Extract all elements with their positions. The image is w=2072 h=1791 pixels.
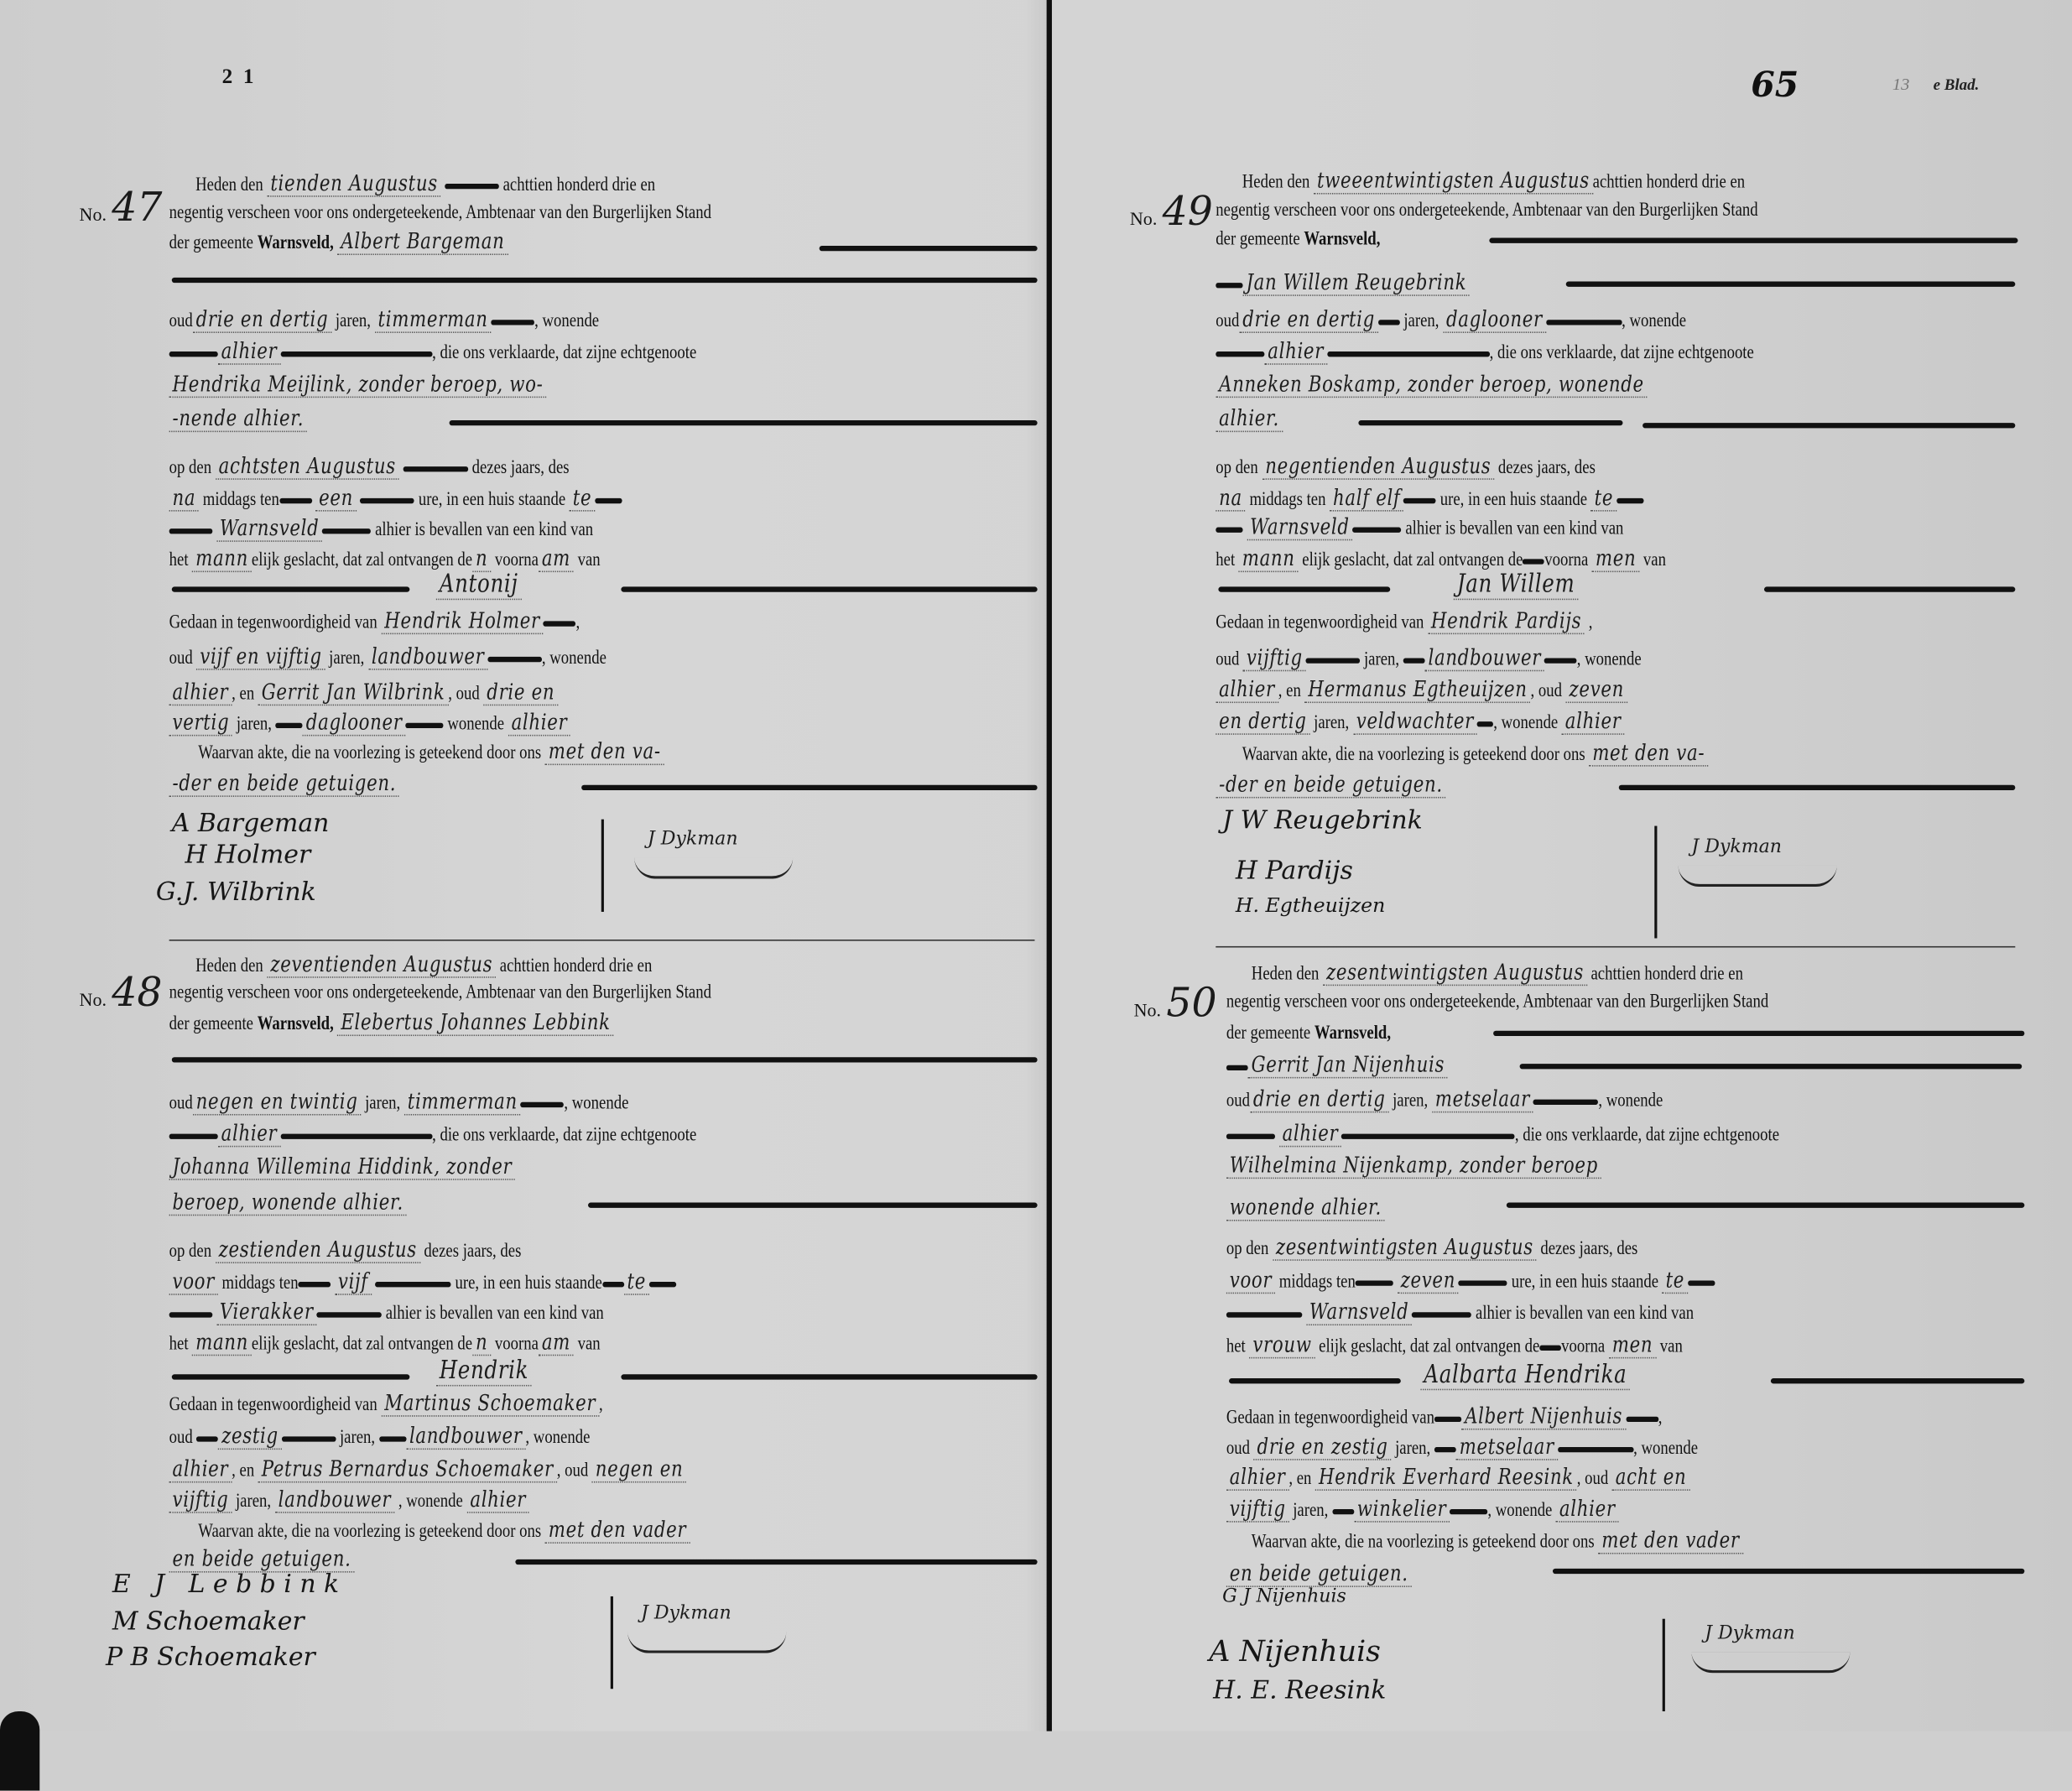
- filler-dash: [1539, 1345, 1561, 1350]
- printed-text: oud: [1226, 1091, 1250, 1112]
- filler-dash: [1403, 497, 1436, 502]
- line-waarvan: Waarvan akte, die na voorlezing is getee…: [1242, 742, 1708, 767]
- handwritten-entry: een: [315, 485, 357, 512]
- sheet-label: e Blad.: [1934, 75, 1980, 96]
- handwritten-entry: alhier: [1226, 1464, 1288, 1491]
- handwritten-entry: alhier.: [1216, 406, 1283, 433]
- line-witness1: Gedaan in tegenwoordigheid van Martinus …: [169, 1392, 603, 1417]
- handwritten-entry: Albert Nijenhuis: [1461, 1403, 1626, 1430]
- handwritten-entry: am: [539, 546, 574, 573]
- signature-witness-2: H. E. Reesink: [1213, 1675, 1386, 1705]
- printed-text: , wonende: [564, 1093, 628, 1114]
- handwritten-entry: voor: [1226, 1268, 1275, 1294]
- filler-rule: [172, 586, 410, 591]
- filler-rule: [581, 785, 1037, 790]
- signature-witness-1: H Holmer: [185, 841, 311, 870]
- printed-text: middags ten: [1279, 1271, 1356, 1292]
- signature-divider: [1654, 826, 1657, 939]
- handwritten-entry: zesentwintigsten Augustus: [1323, 960, 1587, 987]
- handwritten-entry: veldwachter: [1353, 708, 1477, 735]
- handwritten-entry: Jan Willem Reugebrink: [1243, 269, 1471, 296]
- filler-dash: [1688, 1280, 1715, 1285]
- printed-text: dezes jaars, des: [1498, 457, 1596, 478]
- filler-rule: [1771, 1378, 2024, 1383]
- line-time: voor middags ten vijf ure, in een huis s…: [169, 1270, 677, 1295]
- printed-text: , en: [232, 683, 254, 704]
- filler-dash: [1332, 1508, 1354, 1513]
- filler-rule: [1520, 1064, 2023, 1069]
- line-sex: het vrouw elijk geslacht, dat zal ontvan…: [1226, 1333, 1683, 1358]
- handwritten-entry: Jan Willem: [1454, 570, 1578, 600]
- printed-text: alhier is bevallen van een kind van: [375, 519, 593, 540]
- printed-text: achttien honderd drie en: [1593, 172, 1746, 193]
- printed-text: , en: [1288, 1468, 1311, 1489]
- line-place: Warnsveld alhier is bevallen van een kin…: [1226, 1300, 1694, 1325]
- filler-dash: [1226, 1312, 1302, 1317]
- printed-text: jaren,: [1395, 1438, 1430, 1459]
- handwritten-entry: Antonij: [436, 570, 522, 600]
- handwritten-entry: negen en: [592, 1456, 686, 1483]
- printed-text: , die ons verklaarde, dat zijne echtgeno…: [432, 1125, 696, 1146]
- printed-text: oud: [169, 1427, 193, 1448]
- handwritten-entry: met den va-: [1589, 740, 1708, 767]
- printed-text: negentig verscheen voor ons ondergeteeke…: [169, 981, 711, 1002]
- handwritten-entry: drie en dertig: [1239, 306, 1377, 333]
- printed-text: der gemeente: [169, 1013, 253, 1034]
- filler-dash: [491, 320, 534, 325]
- line-residence: alhier, die ons verklaarde, dat zijne ec…: [169, 340, 697, 365]
- handwritten-entry: zesentwintigsten Augustus: [1273, 1234, 1537, 1261]
- signature-divider: [611, 1596, 613, 1689]
- signature-official: J Dykman: [1691, 836, 1782, 857]
- signature-father: A Bargeman: [172, 809, 330, 838]
- filler-dash: [649, 1282, 676, 1287]
- line-time: na middags ten een ure, in een huis staa…: [169, 487, 622, 512]
- line-waarvan: Waarvan akte, die na voorlezing is getee…: [198, 1518, 690, 1544]
- line-witness2-age: vertig jaren, daglooner wonende alhier: [169, 711, 571, 737]
- handwritten-entry: Albert Bargeman: [337, 229, 508, 256]
- handwritten-entry: landbouwer: [406, 1424, 525, 1450]
- handwritten-entry: landbouwer: [368, 643, 487, 670]
- handwritten-entry: Hendrik Holmer: [381, 608, 543, 635]
- printed-text: voorna: [1561, 1336, 1605, 1357]
- printed-text: alhier is bevallen van een kind van: [1405, 518, 1623, 539]
- printed-text: jaren,: [236, 1491, 271, 1512]
- filler-dash: [595, 497, 622, 502]
- printed-text: , wonende: [525, 1427, 590, 1448]
- printed-text: alhier is bevallen van een kind van: [1476, 1303, 1694, 1324]
- line-residence: alhier, die ons verklaarde, dat zijne ec…: [1226, 1122, 1779, 1147]
- handwritten-entry: Anneken Boskamp, zonder beroep, wonende: [1216, 372, 1647, 398]
- spine-shadow: [1024, 0, 1048, 1731]
- printed-text: van: [1643, 549, 1666, 570]
- line-sex: het mannelijk geslacht, dat zal ontvange…: [169, 547, 601, 572]
- filler-rule: [621, 586, 1037, 591]
- printed-text: het: [169, 1333, 189, 1354]
- line-witness1-age: oud vijftig jaren, landbouwer, wonende: [1216, 646, 1641, 671]
- handwritten-entry: n: [472, 546, 491, 573]
- printed-text: jaren,: [365, 1093, 400, 1114]
- line-place: Warnsveld alhier is bevallen van een kin…: [169, 517, 594, 542]
- printed-text: , die ons verklaarde, dat zijne echtgeno…: [1490, 342, 1754, 363]
- filler-dash: [1216, 527, 1242, 532]
- filler-rule: [588, 1203, 1038, 1208]
- filler-dash: [169, 1133, 218, 1138]
- handwritten-entry: -der en beide getuigen.: [1216, 772, 1445, 799]
- handwritten-entry: Hendrik: [436, 1356, 532, 1386]
- line-place: Warnsveld alhier is bevallen van een kin…: [1216, 515, 1623, 540]
- line-wife: Hendrika Meijlink, zonder beroep, wo-: [169, 372, 547, 398]
- handwritten-entry: alhier: [169, 679, 232, 706]
- handwritten-entry: drie en dertig: [193, 306, 331, 333]
- signature-father: G J Nijenhuis: [1222, 1585, 1346, 1606]
- printed-text: der gemeente: [169, 232, 253, 253]
- line-negentig: negentig verscheen voor ons ondergeteeke…: [169, 981, 711, 1004]
- line-signed-with: -der en beide getuigen.: [169, 772, 399, 797]
- handwritten-entry: zeven: [1398, 1268, 1459, 1294]
- filler-dash: [521, 1101, 565, 1106]
- handwritten-entry: na: [1216, 485, 1245, 512]
- handwritten-entry: timmerman: [404, 1089, 521, 1116]
- line-witness1: Gedaan in tegenwoordigheid vanAlbert Nij…: [1226, 1405, 1663, 1430]
- filler-dash: [169, 351, 218, 357]
- handwritten-entry: alhier: [169, 1456, 232, 1483]
- printed-text: oud: [1216, 648, 1239, 669]
- line-heden: Heden den zesentwintigsten Augustus acht…: [1252, 961, 1743, 986]
- printed-text: oud: [169, 1093, 193, 1114]
- signature-witness-2: H. Egtheuijzen: [1236, 893, 1385, 917]
- filler-dash: [1356, 1280, 1393, 1285]
- filler-dash: [544, 621, 576, 626]
- filler-dash: [403, 466, 468, 471]
- line-age: ouddrie en dertig jaren, metselaar, wone…: [1226, 1087, 1663, 1112]
- printed-text: , wonende: [534, 310, 599, 331]
- printed-text: oud: [1226, 1438, 1250, 1459]
- printed-text: , wonende: [1633, 1438, 1698, 1459]
- handwritten-entry: en beide getuigen.: [1226, 1560, 1412, 1587]
- printed-text: dezes jaars, des: [472, 457, 570, 478]
- line-declarant: der gemeente Warnsveld,: [1226, 1022, 1391, 1045]
- printed-text: Warnsveld,: [258, 1013, 334, 1034]
- filler-dash: [1378, 320, 1400, 325]
- printed-text: op den: [169, 1241, 211, 1262]
- line-declarant-name: Gerrit Jan Nijenhuis: [1226, 1054, 1448, 1079]
- line-age: ouddrie en dertig jaren, daglooner, wone…: [1216, 308, 1686, 333]
- filler-rule: [515, 1559, 1037, 1565]
- handwritten-entry: vijf en vijftig: [196, 643, 325, 670]
- handwritten-entry: Johanna Willemina Hiddink, zonder: [169, 1153, 516, 1180]
- record-number: No.49: [1130, 189, 1213, 235]
- printed-text: het: [169, 549, 189, 570]
- child-name: Hendrik: [436, 1358, 532, 1385]
- filler-rule: [1553, 1569, 2024, 1574]
- handwritten-entry: tweeentwintigsten Augustus: [1314, 168, 1593, 195]
- filler-rule: [1358, 420, 1622, 425]
- filler-dash: [1403, 658, 1425, 663]
- handwritten-entry: mann: [192, 1330, 252, 1356]
- printed-text: , oud: [1577, 1468, 1608, 1489]
- printed-text: middags ten: [222, 1273, 299, 1294]
- printed-text: Waarvan akte, die na voorlezing is getee…: [1242, 744, 1585, 765]
- printed-text: , wonende: [1622, 310, 1686, 331]
- handwritten-entry: te: [1663, 1268, 1688, 1294]
- printed-text: , en: [232, 1460, 254, 1481]
- filler-dash: [276, 722, 303, 727]
- printed-text: der gemeente: [1226, 1023, 1310, 1044]
- handwritten-entry: Aalbarta Hendrika: [1420, 1360, 1630, 1390]
- line-signed-with: en beide getuigen.: [1226, 1562, 1412, 1587]
- signature-witness-1: H Pardijs: [1236, 856, 1353, 886]
- printed-text: middags ten: [203, 489, 279, 510]
- line-witness1-age: oud drie en zestig jaren, metselaar, won…: [1226, 1435, 1698, 1460]
- line-witness2: alhier, en Gerrit Jan Wilbrink, oud drie…: [169, 680, 558, 705]
- line-witness2: alhier, en Petrus Bernardus Schoemaker, …: [169, 1458, 687, 1483]
- line-wife-2: beroep, wonende alhier.: [169, 1190, 407, 1216]
- record-divider: [1216, 946, 2015, 948]
- signature-official: J Dykman: [648, 829, 738, 850]
- handwritten-entry: Petrus Bernardus Schoemaker: [258, 1456, 557, 1483]
- filler-rule: [1619, 785, 2016, 790]
- filler-rule: [820, 246, 1038, 251]
- line-waarvan: Waarvan akte, die na voorlezing is getee…: [198, 740, 664, 765]
- handwritten-entry: te: [570, 485, 595, 512]
- line-signed-with: en beide getuigen.: [169, 1548, 355, 1573]
- line-witness1-age: oud zestig jaren, landbouwer, wonende: [169, 1424, 591, 1450]
- handwritten-entry: met den vader: [545, 1517, 690, 1544]
- handwritten-entry: met den vader: [1598, 1528, 1742, 1554]
- filler-dash: [375, 1282, 450, 1287]
- printed-text: , wonende: [1493, 712, 1558, 733]
- filler-rule: [1566, 282, 2016, 287]
- handwritten-entry: en beide getuigen.: [169, 1546, 355, 1573]
- filler-dash: [361, 497, 415, 502]
- printed-text: jaren,: [1403, 310, 1439, 331]
- printed-text: , wonende: [542, 648, 607, 669]
- printed-text: elijk geslacht, dat zal ontvangen de: [252, 549, 472, 570]
- line-declarant: der gemeente Warnsveld, Albert Bargeman: [169, 230, 508, 255]
- handwritten-entry: half elf: [1330, 485, 1403, 512]
- printed-text: op den: [1216, 457, 1257, 478]
- page-number: 65: [1751, 66, 1799, 106]
- handwritten-entry: Warnsveld: [1247, 514, 1352, 541]
- filler-rule: [1507, 1203, 2025, 1208]
- handwritten-entry: voor: [169, 1268, 218, 1295]
- line-wife-2: alhier.: [1216, 407, 1283, 432]
- filler-dash: [602, 1282, 624, 1287]
- corner-mark: 2 1: [222, 66, 257, 90]
- line-heden: Heden den tienden Augustus achttien hond…: [195, 172, 655, 197]
- printed-text: dezes jaars, des: [1540, 1238, 1637, 1259]
- printed-text: op den: [169, 457, 211, 478]
- handwritten-entry: alhier: [466, 1486, 528, 1513]
- printed-text: jaren,: [329, 648, 364, 669]
- handwritten-entry: zeventienden Augustus: [267, 951, 496, 978]
- printed-text: Warnsveld,: [1304, 229, 1380, 250]
- printed-text: elijk geslacht, dat zal ontvangen de: [1319, 1336, 1539, 1357]
- line-declarant: der gemeente Warnsveld, Elebertus Johann…: [169, 1011, 614, 1036]
- filler-rule: [1764, 586, 2015, 591]
- line-declarant: der gemeente Warnsveld,: [1216, 227, 1380, 251]
- printed-text: voorna: [1544, 549, 1588, 570]
- record-divider: [169, 940, 1035, 941]
- printed-text: oud: [1216, 310, 1239, 331]
- printed-text: jaren,: [1393, 1091, 1428, 1112]
- signature-divider: [601, 820, 604, 912]
- filler-dash: [1626, 1416, 1658, 1421]
- signature-witness-1: M Schoemaker: [112, 1607, 305, 1637]
- record-number: No.48: [80, 970, 163, 1016]
- printed-text: ure, in een huis staande: [456, 1273, 602, 1294]
- printed-text: , die ons verklaarde, dat zijne echtgeno…: [432, 342, 696, 363]
- record-number: No.47: [80, 185, 163, 232]
- line-time: na middags ten half elf ure, in een huis…: [1216, 487, 1643, 512]
- line-wife-2: wonende alhier.: [1226, 1196, 1385, 1221]
- filler-dash: [279, 497, 312, 502]
- printed-text: Waarvan akte, die na voorlezing is getee…: [198, 742, 541, 763]
- line-birth-date: op den zestienden Augustus dezes jaars, …: [169, 1238, 522, 1263]
- filler-dash: [1412, 1312, 1471, 1317]
- printed-text: , en: [1278, 680, 1301, 701]
- filler-dash: [1341, 1133, 1515, 1138]
- printed-text: Warnsveld,: [1315, 1023, 1391, 1044]
- printed-text: ure, in een huis staande: [419, 489, 565, 510]
- handwritten-entry: vijftig: [1243, 645, 1306, 672]
- printed-text: Heden den: [195, 174, 263, 195]
- filler-rule: [1643, 423, 2015, 428]
- printed-text: achttien honderd drie en: [503, 174, 656, 195]
- line-witness2: alhier, en Hermanus Egtheuijzen, oud zev…: [1216, 678, 1627, 703]
- filler-rule: [1229, 1378, 1401, 1383]
- handwritten-entry: mann: [1239, 546, 1299, 573]
- handwritten-entry: na: [169, 485, 199, 512]
- handwritten-entry: Warnsveld: [216, 515, 322, 542]
- line-witness2-age: en dertig jaren, veldwachter, wonende al…: [1216, 710, 1624, 735]
- handwritten-entry: te: [624, 1268, 649, 1295]
- filler-rule: [1218, 586, 1390, 591]
- printed-text: voorna: [495, 1333, 539, 1354]
- handwritten-entry: Hermanus Egtheuijzen: [1305, 677, 1531, 704]
- signature-divider: [1663, 1619, 1665, 1711]
- printed-text: ure, in een huis staande: [1440, 489, 1587, 510]
- line-age: ouddrie en dertig jaren, timmerman, wone…: [169, 308, 599, 333]
- printed-text: , wonende: [1598, 1091, 1663, 1112]
- binder-clip: [0, 1711, 39, 1731]
- line-witness2-age: vijftig jaren, winkelier, wonende alhier: [1226, 1497, 1619, 1523]
- printed-text: alhier is bevallen van een kind van: [386, 1303, 604, 1324]
- handwritten-entry: Elebertus Johannes Lebbink: [337, 1010, 613, 1037]
- book-spine: [1047, 0, 1052, 1731]
- filler-dash: [280, 1133, 432, 1138]
- handwritten-entry: Vierakker: [216, 1299, 317, 1326]
- handwritten-entry: drie en dertig: [1250, 1086, 1388, 1113]
- handwritten-entry: men: [1609, 1332, 1656, 1359]
- printed-text: Gedaan in tegenwoordigheid van: [1226, 1408, 1434, 1429]
- handwritten-entry: beroep, wonende alhier.: [169, 1190, 407, 1216]
- filler-dash: [379, 1436, 406, 1441]
- printed-text: jaren,: [1364, 648, 1399, 669]
- handwritten-entry: alhier: [1556, 1496, 1618, 1523]
- line-wife: Anneken Boskamp, zonder beroep, wonende: [1216, 372, 1647, 398]
- printed-text: , oud: [557, 1460, 588, 1481]
- handwritten-entry: acht en: [1612, 1464, 1689, 1491]
- handwritten-entry: vijf: [335, 1268, 372, 1295]
- handwritten-entry: metselaar: [1432, 1086, 1533, 1113]
- filler-dash: [487, 656, 542, 661]
- filler-rule: [172, 1374, 410, 1379]
- filler-dash: [1327, 351, 1490, 357]
- filler-dash: [169, 1312, 213, 1317]
- handwritten-entry: Wilhelmina Nijenkamp, zonder beroep: [1226, 1153, 1601, 1179]
- handwritten-entry: Gerrit Jan Wilbrink: [258, 679, 448, 706]
- handwritten-entry: -der en beide getuigen.: [169, 770, 399, 797]
- filler-dash: [280, 351, 432, 357]
- handwritten-entry: n: [472, 1330, 491, 1356]
- line-residence: alhier, die ons verklaarde, dat zijne ec…: [169, 1122, 697, 1147]
- line-place: Vierakker alhier is bevallen van een kin…: [169, 1300, 604, 1325]
- line-birth-date: op den zesentwintigsten Augustus dezes j…: [1226, 1236, 1637, 1261]
- line-birth-date: op den achtsten Augustus dezes jaars, de…: [169, 455, 570, 480]
- handwritten-entry: daglooner: [303, 710, 406, 737]
- line-residence: alhier, die ons verklaarde, dat zijne ec…: [1216, 340, 1754, 365]
- filler-dash: [1216, 283, 1242, 288]
- line-wife: Wilhelmina Nijenkamp, zonder beroep: [1226, 1153, 1601, 1179]
- filler-dash: [1459, 1280, 1507, 1285]
- printed-text: van: [578, 1333, 601, 1354]
- printed-text: negentig verscheen voor ons ondergeteeke…: [169, 202, 711, 223]
- printed-text: negentig verscheen voor ons ondergeteeke…: [1216, 200, 1757, 221]
- handwritten-entry: te: [1591, 485, 1616, 512]
- printed-text: Gedaan in tegenwoordigheid van: [169, 612, 377, 633]
- printed-text: , wonende: [1487, 1500, 1552, 1521]
- register-spread: 2 1 65 13 e Blad. No.47 Heden den tiende…: [0, 0, 2072, 1731]
- handwritten-entry: alhier: [1562, 708, 1624, 735]
- handwritten-entry: alhier: [218, 1121, 280, 1148]
- filler-rule: [621, 1374, 1037, 1379]
- line-wife-2: -nende alhier.: [169, 407, 307, 432]
- handwritten-entry: tienden Augustus: [267, 170, 440, 197]
- record-number: No.50: [1134, 981, 1217, 1027]
- printed-text: elijk geslacht, dat zal ontvangen de: [252, 1333, 472, 1354]
- filler-dash: [299, 1282, 331, 1287]
- handwritten-entry: negentienden Augustus: [1262, 453, 1494, 480]
- line-negentig: negentig verscheen voor ons ondergeteeke…: [1216, 198, 1757, 221]
- line-wife: Johanna Willemina Hiddink, zonder: [169, 1155, 516, 1180]
- printed-text: , oud: [448, 683, 479, 704]
- filler-dash: [1558, 1446, 1633, 1451]
- filler-rule: [1493, 1031, 2024, 1036]
- printed-text: voorna: [495, 549, 539, 570]
- filler-dash: [1353, 527, 1402, 532]
- handwritten-entry: vertig: [169, 710, 233, 737]
- printed-text: , die ons verklaarde, dat zijne echtgeno…: [1515, 1125, 1779, 1146]
- line-negentig: negentig verscheen voor ons ondergeteeke…: [1226, 990, 1768, 1013]
- line-sex: het mann elijk geslacht, dat zal ontvang…: [1216, 547, 1666, 572]
- printed-text: Waarvan akte, die na voorlezing is getee…: [1252, 1532, 1595, 1553]
- printed-text: van: [578, 549, 601, 570]
- filler-dash: [169, 528, 213, 534]
- printed-text: achttien honderd drie en: [1590, 963, 1743, 984]
- printed-text: op den: [1226, 1238, 1268, 1259]
- handwritten-entry: Hendrika Meijlink, zonder beroep, wo-: [169, 372, 547, 398]
- handwritten-entry: vijftig: [1226, 1496, 1289, 1523]
- printed-text: elijk geslacht, dat zal ontvangen de: [1302, 549, 1523, 570]
- handwritten-entry: zestienden Augustus: [216, 1237, 420, 1263]
- printed-text: Warnsveld,: [258, 232, 334, 253]
- filler-rule: [172, 278, 1038, 283]
- filler-dash: [1450, 1508, 1487, 1513]
- line-witness1: Gedaan in tegenwoordigheid van Hendrik H…: [169, 609, 580, 634]
- signature-witness-2: G.J. Wilbrink: [156, 877, 316, 907]
